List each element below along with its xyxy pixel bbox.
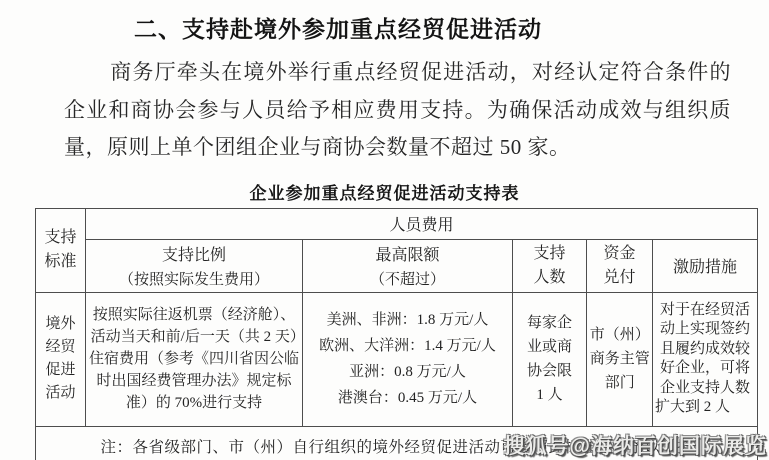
watermark: 搜狐号@海纳百创国际展览	[504, 430, 767, 460]
fund-payment-cell: 市（州）商务主管部门	[587, 292, 653, 426]
col-header-support-ratio-label: 支持比例	[88, 242, 300, 265]
col-header-support-standard: 支持标准	[36, 208, 86, 292]
document-page: 二、支持赴境外参加重点经贸促进活动 商务厅牵头在境外举行重点经贸促进活动，对经认…	[0, 0, 769, 460]
fund-payment-text: 市（州）商务主管部门	[589, 323, 651, 395]
col-header-support-ratio: 支持比例 （按照实际发生费用）	[86, 239, 303, 292]
header-row-group: 支持标准 人员费用	[36, 208, 758, 239]
max-limit-line: 欧洲、大洋洲：1.4 万元/人	[305, 333, 510, 359]
group-header-personnel-cost: 人员费用	[86, 208, 758, 239]
table-title: 企业参加重点经贸促进活动支持表	[0, 179, 769, 204]
incentive-cell: 对于在经贸活动上实现签约且履约成效较好企业，可将企业支持人数扩大到 2 人	[653, 292, 758, 426]
support-ratio-cell: 按照实际往返机票（经济舱）、活动当天和前/后一天（共 2 天）住宿费用（参考《四…	[86, 292, 303, 426]
max-limit-cell: 美洲、非洲：1.8 万元/人 欧洲、大洋洲：1.4 万元/人 亚洲：0.8 万元…	[303, 292, 513, 426]
support-count-cell: 每家企业或商协会限 1 人	[513, 292, 587, 426]
col-header-max-limit-label: 最高限额	[305, 242, 510, 265]
max-limit-line: 港澳台：0.45 万元/人	[305, 385, 510, 411]
col-header-support-standard-label: 支持标准	[43, 226, 77, 274]
header-row-columns: 支持比例 （按照实际发生费用） 最高限额 （不超过） 支持人数 资金兑付 激励措…	[36, 239, 758, 292]
col-header-support-count-label: 支持人数	[532, 242, 566, 290]
col-header-max-limit-sub: （不超过）	[305, 268, 510, 289]
col-header-support-count: 支持人数	[513, 239, 587, 292]
max-limit-line: 亚洲：0.8 万元/人	[305, 359, 510, 385]
max-limit-line: 美洲、非洲：1.8 万元/人	[305, 307, 510, 333]
col-header-support-ratio-sub: （按照实际发生费用）	[88, 268, 300, 289]
col-header-fund-payment-label: 资金兑付	[602, 242, 636, 290]
row-category-cell: 境外经贸促进活动	[36, 292, 86, 426]
support-count-text: 每家企业或商协会限 1 人	[525, 311, 575, 407]
col-header-max-limit: 最高限额 （不超过）	[303, 239, 513, 292]
support-table: 支持标准 人员费用 支持比例 （按照实际发生费用） 最高限额 （不超过） 支持人…	[35, 208, 758, 460]
table-row: 境外经贸促进活动 按照实际往返机票（经济舱）、活动当天和前/后一天（共 2 天）…	[36, 292, 758, 426]
col-header-incentive: 激励措施	[653, 239, 758, 292]
section-heading: 二、支持赴境外参加重点经贸促进活动	[0, 0, 769, 44]
row-category-label: 境外经贸促进活动	[44, 313, 76, 406]
intro-paragraph: 商务厅牵头在境外举行重点经贸促进活动，对经认定符合条件的企业和商协会参与人员给予…	[64, 54, 731, 167]
col-header-fund-payment: 资金兑付	[587, 239, 653, 292]
